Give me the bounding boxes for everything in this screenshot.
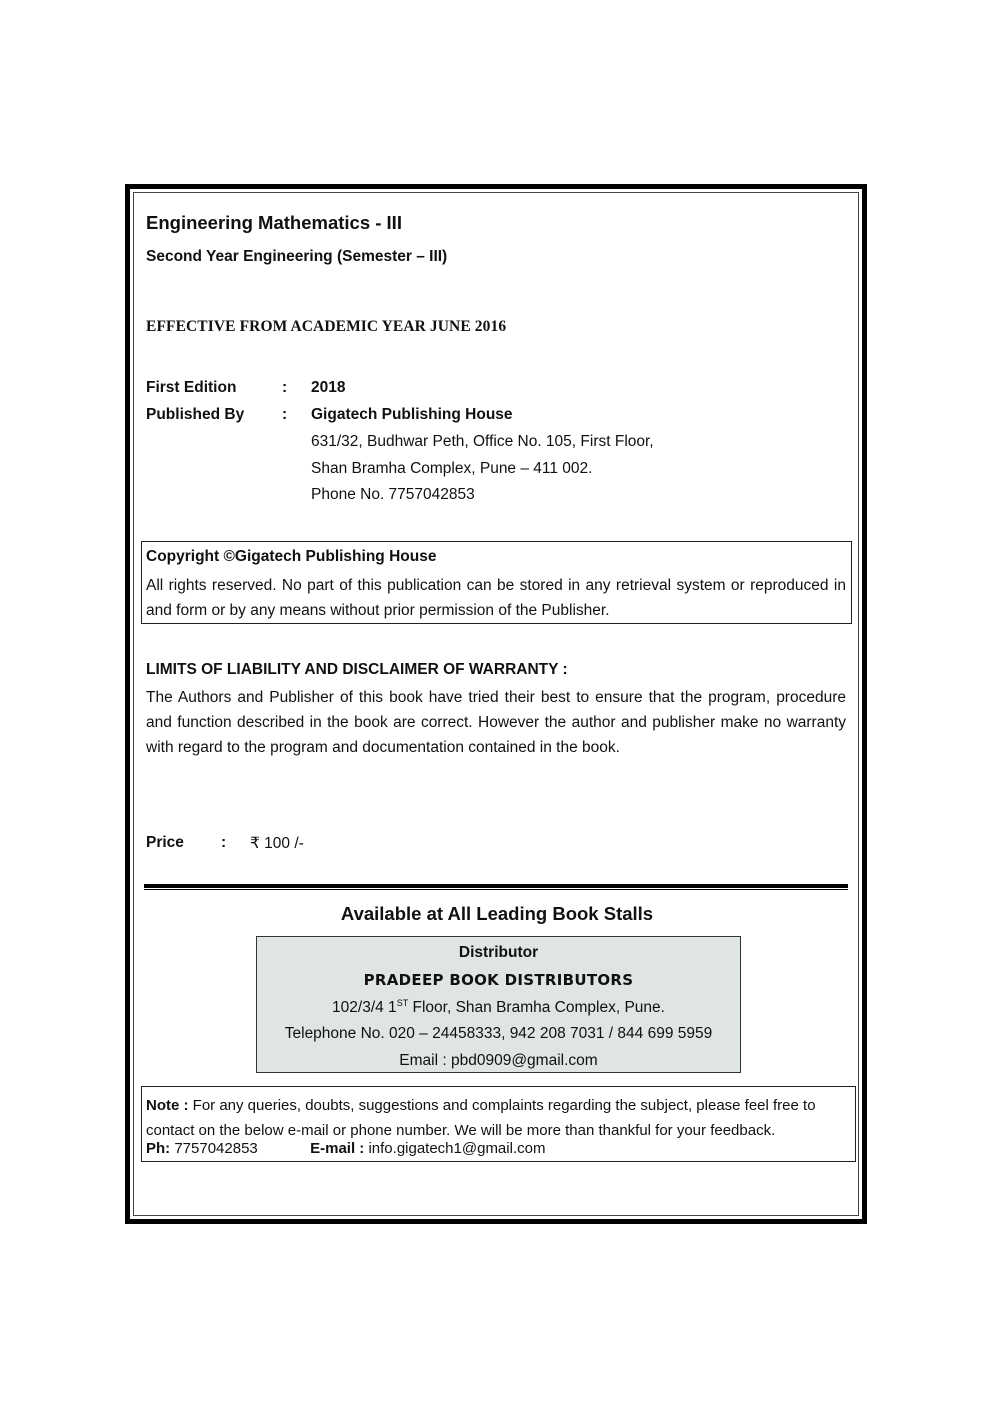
note-contact: Ph: 7757042853 E-mail : info.gigatech1@g… <box>146 1140 545 1157</box>
section-divider-thick <box>144 884 848 888</box>
note-email[interactable]: info.gigatech1@gmail.com <box>364 1140 545 1157</box>
distributor-label: Distributor <box>257 944 740 962</box>
publisher-address-line: 631/32, Budhwar Peth, Office No. 105, Fi… <box>311 433 654 451</box>
edition-label: First Edition <box>146 379 236 397</box>
note-text: Note : For any queries, doubts, suggesti… <box>146 1093 851 1143</box>
distributor-name: PRADEEP BOOK DISTRIBUTORS <box>257 971 740 989</box>
distributor-address: 102/3/4 1ST Floor, Shan Bramha Complex, … <box>257 998 740 1017</box>
availability-heading: Available at All Leading Book Stalls <box>146 903 848 925</box>
publisher-colon: : <box>282 406 287 424</box>
publisher-label: Published By <box>146 406 244 424</box>
note-body: For any queries, doubts, suggestions and… <box>146 1097 816 1139</box>
publisher-address-line: Shan Bramha Complex, Pune – 411 002. <box>311 460 592 478</box>
liability-heading: LIMITS OF LIABILITY AND DISCLAIMER OF WA… <box>146 661 568 679</box>
liability-body: The Authors and Publisher of this book h… <box>146 685 846 760</box>
note-phone: 7757042853 <box>170 1140 258 1157</box>
distributor-address-sup: ST <box>397 998 409 1008</box>
effective-year: EFFECTIVE FROM ACADEMIC YEAR JUNE 2016 <box>146 318 506 336</box>
price-value: ₹ 100 /- <box>250 834 304 853</box>
distributor-email: Email : pbd0909@gmail.com <box>257 1052 740 1070</box>
publisher-phone: Phone No. 7757042853 <box>311 486 475 504</box>
note-label: Note : <box>146 1097 189 1114</box>
publisher-name: Gigatech Publishing House <box>311 406 513 424</box>
section-divider-thin <box>144 889 848 890</box>
price-colon: : <box>221 834 226 852</box>
distributor-telephone: Telephone No. 020 – 24458333, 942 208 70… <box>257 1025 740 1043</box>
edition-value: 2018 <box>311 379 345 397</box>
book-title: Engineering Mathematics - III <box>146 212 402 234</box>
price-label: Price <box>146 834 184 852</box>
distributor-address-suffix: Floor, Shan Bramha Complex, Pune. <box>408 999 665 1016</box>
edition-colon: : <box>282 379 287 397</box>
book-subtitle: Second Year Engineering (Semester – III) <box>146 248 447 266</box>
copyright-body: All rights reserved. No part of this pub… <box>146 573 846 623</box>
note-email-label: E-mail : <box>310 1140 364 1157</box>
note-phone-label: Ph: <box>146 1140 170 1157</box>
distributor-box: Distributor PRADEEP BOOK DISTRIBUTORS 10… <box>256 936 741 1073</box>
distributor-address-prefix: 102/3/4 1 <box>332 999 397 1016</box>
copyright-heading: Copyright ©Gigatech Publishing House <box>146 548 436 566</box>
